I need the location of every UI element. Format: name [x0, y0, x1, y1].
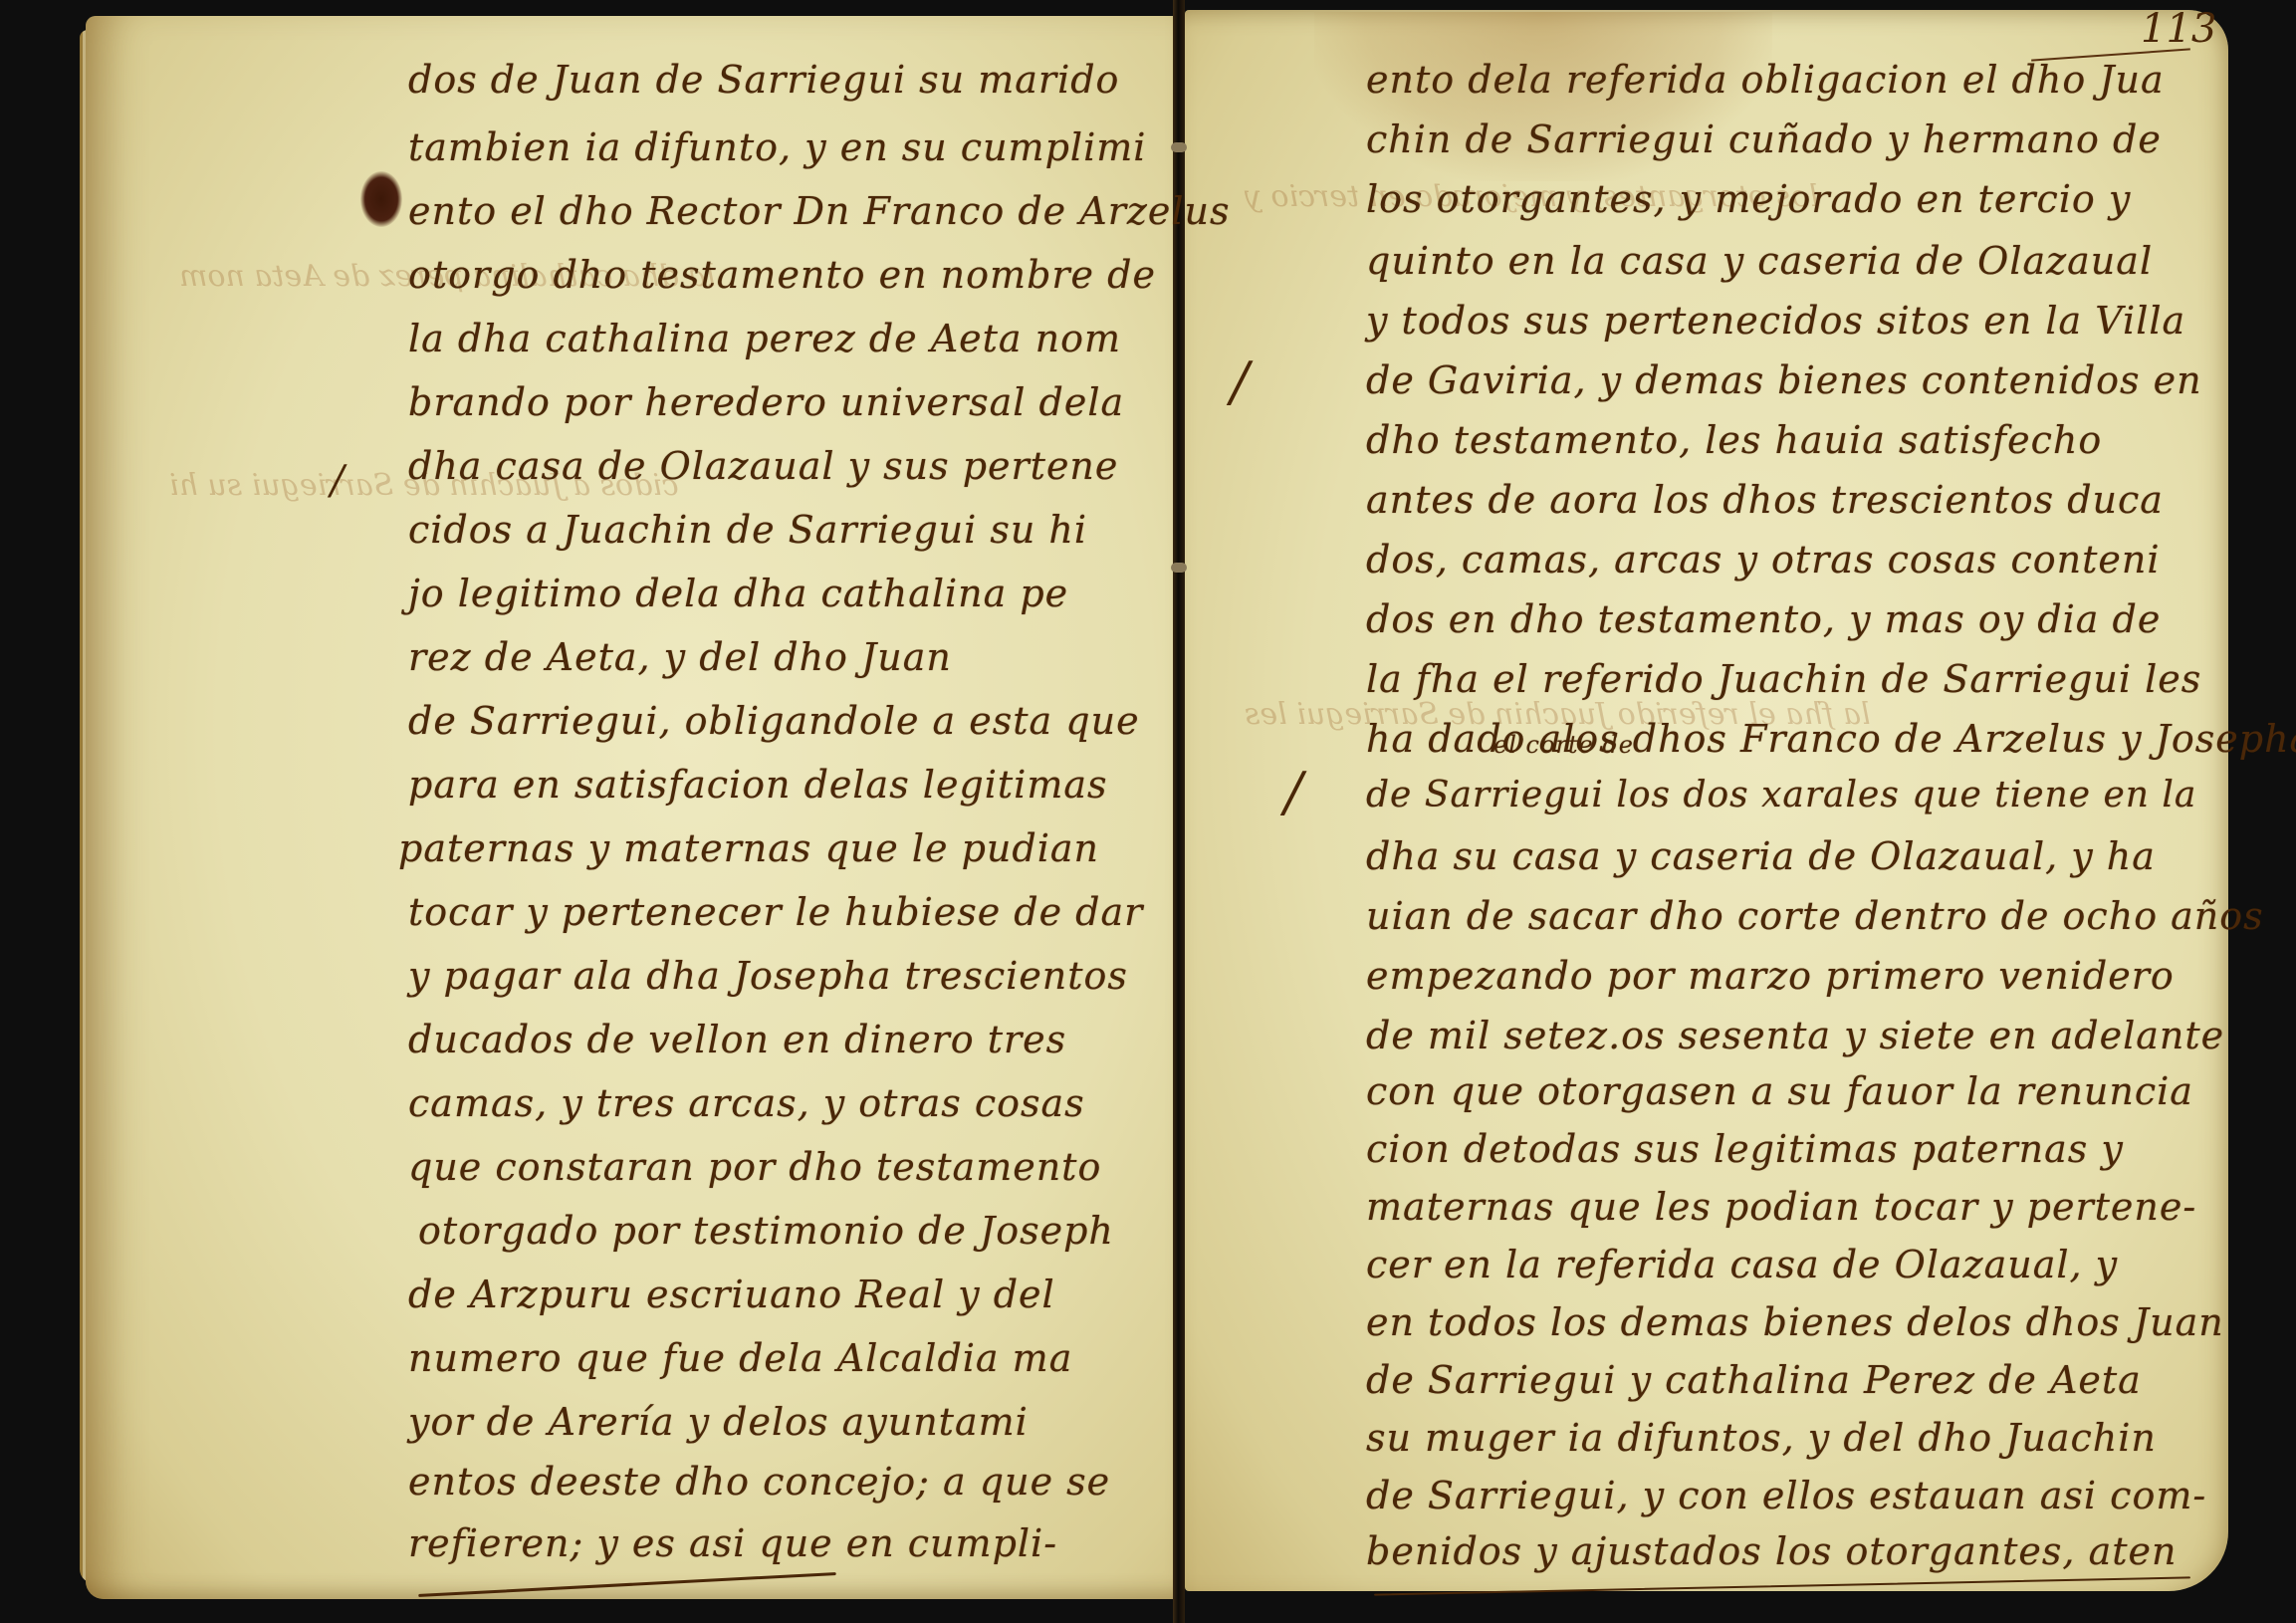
text-line: dha su casa y caseria de Olazaual, y ha — [1366, 834, 2156, 878]
text-line: rez de Aeta, y del dho Juan — [408, 635, 952, 679]
text-line: cion detodas sus legitimas paternas y — [1366, 1127, 2124, 1171]
text-line: de Sarriegui, obligandole a esta que — [408, 699, 1140, 743]
text-line: tocar y pertenecer le hubiese de dar — [408, 890, 1143, 934]
binding-stitch — [1171, 563, 1187, 573]
text-line: de mil setez.os sesenta y siete en adela… — [1366, 1014, 2224, 1057]
text-line: refieren; y es asi que en cumpli- — [408, 1521, 1057, 1565]
binding-stitch — [1171, 142, 1187, 152]
book-spine — [1173, 0, 1185, 1623]
text-line: dha casa de Olazaual y sus pertene — [408, 444, 1118, 488]
text-line: dos, camas, arcas y otras cosas conteni — [1366, 538, 2161, 581]
text-line: quinto en la casa y caseria de Olazaual — [1366, 239, 2153, 283]
text-line: ento dela referida obligacion el dho Jua — [1366, 58, 2165, 102]
margin-mark: / — [1284, 761, 1302, 823]
text-line: tambien ia difunto, y en su cumplimi — [408, 125, 1146, 169]
text-line: ducados de vellon en dinero tres — [408, 1018, 1066, 1061]
text-line: para en satisfacion delas legitimas — [408, 763, 1108, 807]
text-line: dos en dho testamento, y mas oy dia de — [1366, 597, 2161, 641]
ink-blot — [360, 171, 402, 227]
text-line: con que otorgasen a su fauor la renuncia — [1366, 1069, 2193, 1113]
text-line: numero que fue dela Alcaldia ma — [408, 1336, 1072, 1380]
text-line: jo legitimo dela dha cathalina pe — [408, 572, 1068, 615]
text-line: la dha cathalina perez de Aeta nom — [408, 317, 1121, 360]
text-line: de Gaviria, y demas bienes contenidos en — [1366, 358, 2202, 402]
text-line: dho testamento, les hauia satisfecho — [1366, 418, 2102, 462]
text-line: en todos los demas bienes delos dhos Jua… — [1366, 1300, 2224, 1344]
text-line: paternas y maternas que le pudian — [398, 826, 1099, 870]
text-line: cidos a Juachin de Sarriegui su hi — [408, 508, 1087, 552]
text-line: ento el dho Rector Dn Franco de Arzelus — [408, 189, 1231, 233]
text-line: de Sarriegui y cathalina Perez de Aeta — [1366, 1358, 2142, 1402]
margin-mark: / — [1231, 350, 1249, 413]
interlinear-insertion: el corte de — [1493, 731, 1634, 759]
text-line: que constaran por dho testamento — [408, 1145, 1101, 1189]
text-line: y todos sus pertenecidos sitos en la Vil… — [1366, 299, 2185, 343]
margin-mark: / — [331, 458, 344, 504]
text-line: antes de aora los dhos trescientos duca — [1366, 478, 2164, 522]
text-line: uian de sacar dho corte dentro de ocho a… — [1366, 894, 2264, 938]
text-line: cer en la referida casa de Olazaual, y — [1366, 1243, 2118, 1286]
text-line: yor de Arería y delos ayuntami — [408, 1400, 1029, 1444]
text-line: dos de Juan de Sarriegui su marido — [408, 58, 1119, 102]
text-line: camas, y tres arcas, y otras cosas — [408, 1081, 1085, 1125]
text-line: maternas que les podian tocar y pertene- — [1366, 1185, 2196, 1229]
text-line: los otorgantes, y mejorado en tercio y — [1366, 177, 2131, 221]
text-line: su muger ia difuntos, y del dho Juachin — [1366, 1416, 2157, 1460]
text-line: y pagar ala dha Josepha trescientos — [408, 954, 1128, 998]
text-line: la fha el referido Juachin de Sarriegui … — [1366, 657, 2201, 701]
text-line: de Arzpuru escriuano Real y del — [408, 1273, 1055, 1316]
text-line: entos deeste dho concejo; a que se — [408, 1460, 1110, 1504]
text-line: brando por heredero universal dela — [408, 380, 1124, 424]
folio-number: 113 — [2141, 6, 2216, 52]
text-line: de Sarriegui, y con ellos estauan asi co… — [1366, 1474, 2206, 1517]
text-line: otorgado por testimonio de Joseph — [418, 1209, 1114, 1253]
text-line: empezando por marzo primero venidero — [1366, 954, 2175, 998]
text-line: benidos y ajustados los otorgantes, aten — [1366, 1529, 2177, 1573]
text-line: de Sarriegui los dos xarales que tiene e… — [1366, 775, 2196, 815]
text-line: chin de Sarriegui cuñado y hermano de — [1366, 117, 2162, 161]
text-line: otorgo dho testamento en nombre de — [408, 253, 1156, 297]
